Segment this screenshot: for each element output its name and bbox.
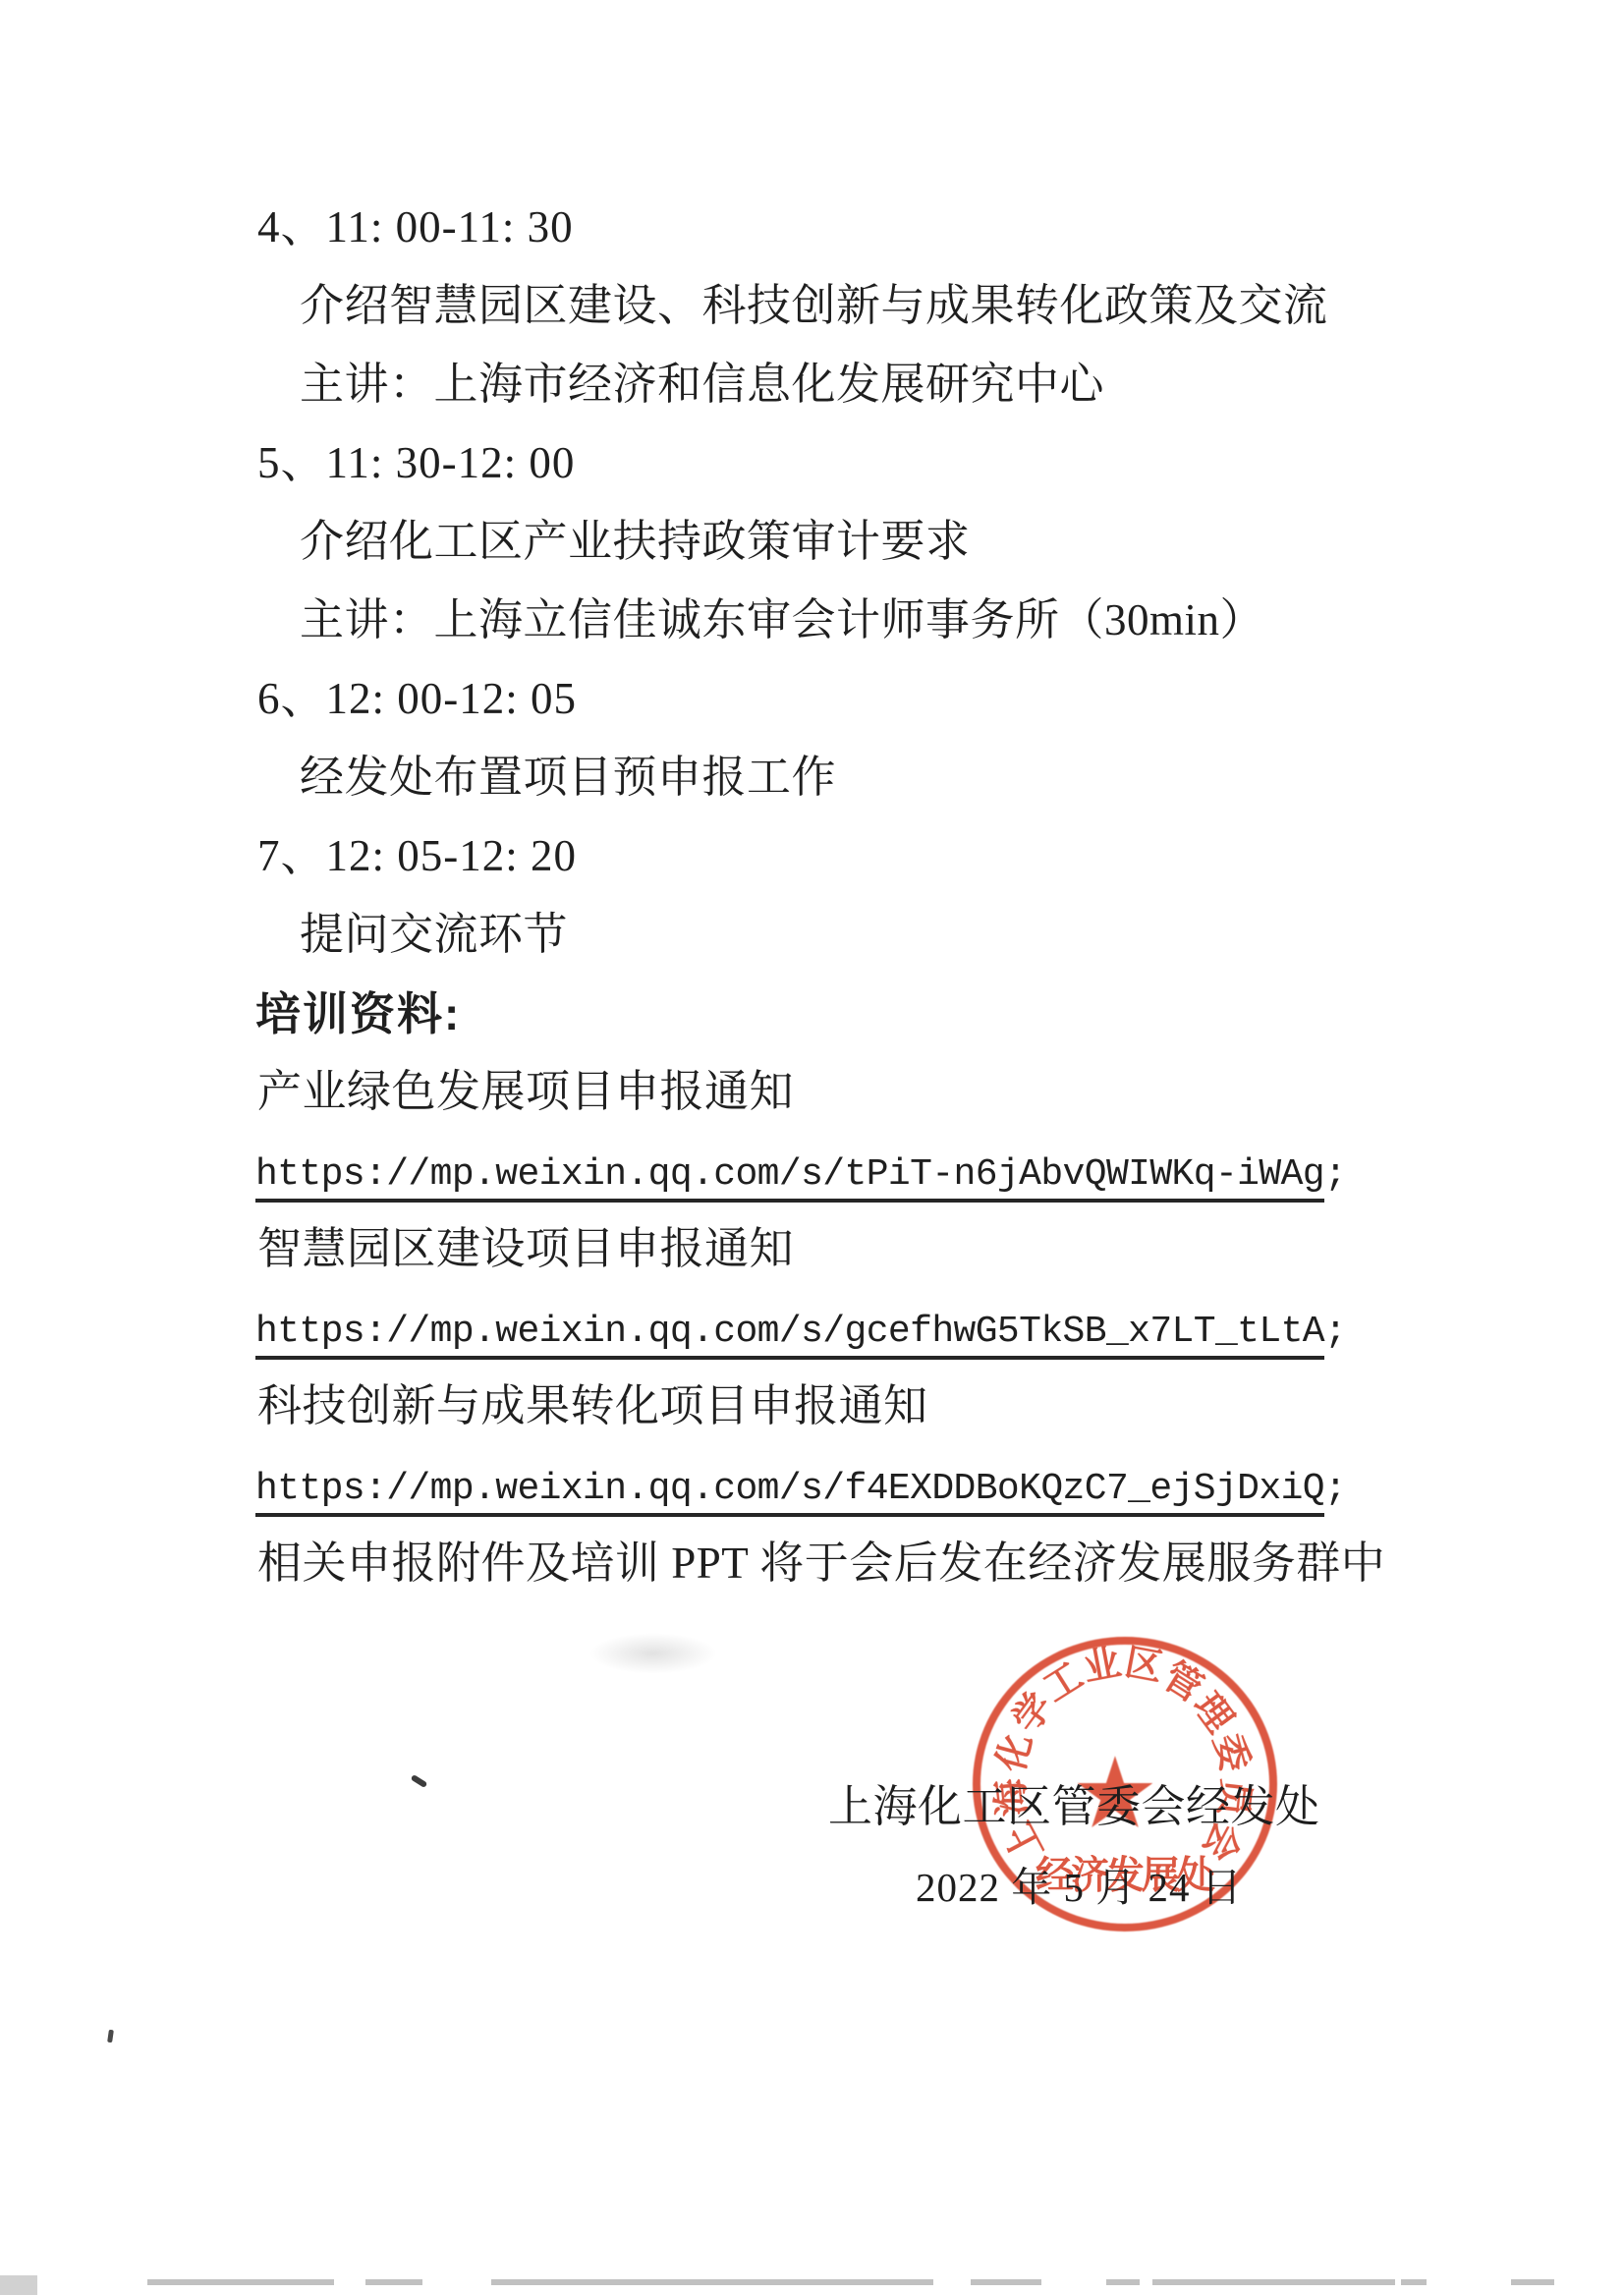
scan-artifact-tick bbox=[411, 1774, 428, 1788]
materials-heading: 培训资料: bbox=[255, 989, 461, 1039]
material-label-line: 产业绿色发展项目申报通知 bbox=[257, 1068, 794, 1117]
url-suffix: ; bbox=[1324, 1468, 1346, 1510]
agenda-detail-line: 介绍智慧园区建设、科技创新与成果转化政策及交流 bbox=[300, 282, 1328, 331]
agenda-item-line: 6、12: 00-12: 05 bbox=[257, 675, 577, 724]
agenda-detail-line: 提问交流环节 bbox=[300, 911, 568, 960]
agenda-item-line: 7、12: 05-12: 20 bbox=[257, 832, 577, 881]
material-label-line: 科技创新与成果转化项目申报通知 bbox=[257, 1382, 928, 1431]
material-url-line: https://mp.weixin.qq.com/s/tPiT-n6jAbvQW… bbox=[255, 1154, 1346, 1196]
note-line: 相关申报附件及培训 PPT 将于会后发在经济发展服务群中 bbox=[257, 1539, 1385, 1589]
material-url-line: https://mp.weixin.qq.com/s/gcefhwG5TkSB_… bbox=[255, 1312, 1346, 1353]
url-suffix: ; bbox=[1324, 1311, 1346, 1353]
agenda-detail-line: 经发处布置项目预申报工作 bbox=[300, 754, 836, 803]
agenda-item-line: 5、11: 30-12: 00 bbox=[257, 439, 575, 488]
scan-edge-segment bbox=[1511, 2279, 1554, 2285]
material-url-text: https://mp.weixin.qq.com/s/tPiT-n6jAbvQW… bbox=[255, 1153, 1324, 1203]
scan-artifact-smudge bbox=[589, 1633, 717, 1674]
agenda-detail-line: 主讲：上海市经济和信息化发展研究中心 bbox=[300, 361, 1104, 410]
agenda-detail-line: 介绍化工区产业扶持政策审计要求 bbox=[300, 518, 971, 567]
scan-edge-segment bbox=[971, 2279, 1041, 2285]
signature-date: 2022 年 5 月 24 日 bbox=[916, 1855, 1243, 1913]
scan-edge-segment bbox=[365, 2279, 422, 2285]
material-label-line: 智慧园区建设项目申报通知 bbox=[257, 1225, 794, 1274]
scan-edge-segment bbox=[147, 2279, 334, 2285]
url-suffix: ; bbox=[1324, 1153, 1346, 1196]
agenda-detail-line: 主讲：上海立信佳诚东审会计师事务所（30min） bbox=[300, 596, 1264, 645]
scan-edge-segment bbox=[491, 2279, 933, 2285]
scan-edge-segment bbox=[1106, 2279, 1140, 2285]
scan-artifact-speck bbox=[107, 2030, 114, 2043]
scan-edge-segment bbox=[1401, 2279, 1427, 2285]
material-url-text: https://mp.weixin.qq.com/s/f4EXDDBoKQzC7… bbox=[255, 1468, 1324, 1517]
material-url-line: https://mp.weixin.qq.com/s/f4EXDDBoKQzC7… bbox=[255, 1469, 1346, 1510]
scan-edge-segment bbox=[1152, 2279, 1395, 2285]
signature-org: 上海化工区管委会经发处 bbox=[828, 1770, 1320, 1834]
scanned-notice-page: 4、11: 00-11: 30介绍智慧园区建设、科技创新与成果转化政策及交流主讲… bbox=[0, 0, 1624, 2295]
material-url-text: https://mp.weixin.qq.com/s/gcefhwG5TkSB_… bbox=[255, 1311, 1324, 1360]
scan-edge-corner bbox=[0, 2275, 37, 2295]
agenda-item-line: 4、11: 00-11: 30 bbox=[257, 203, 574, 252]
